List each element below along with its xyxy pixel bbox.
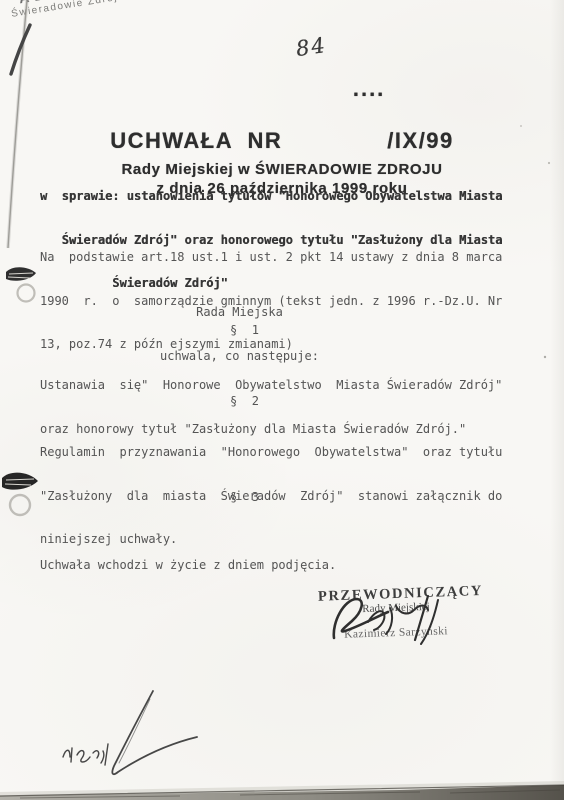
resolution-number-field: .... 84 [292,50,385,154]
ink-blob-streaks [5,479,34,485]
section-3-text: Uchwała wchodzi w życie z dniem podjęcia… [40,529,336,602]
legal-basis-line: Na podstawie art.18 ust.1 i ust. 2 pkt 1… [40,250,502,265]
signature-name: Kazimierz Sarzyński [318,624,474,641]
resolution-number-dots: .... [353,76,385,101]
section-1-heading: § 1 [12,323,477,338]
resolution-title-line: UCHWAŁA NR .... 84 /IX/99 [0,50,564,154]
section-1-line: Ustanawia się" Honorowe Obywatelstwo Mia… [40,378,502,393]
handwritten-resolution-number: 84 [294,33,328,61]
section-2-line: Regulamin przyznawania "Honorowego Obywa… [40,445,502,460]
bottom-scan-shadow [0,785,564,800]
resolution-number-suffix: /IX/99 [387,128,453,154]
bottom-scan-shadow-edge [0,785,564,796]
section-3-heading: § 3 [12,490,477,505]
scanned-resolution-page: ADA MIEJSKA Świeradowie Zdrój UCHWAŁA NR… [0,0,564,800]
initials-mark [63,691,197,774]
enacting-line1: Rada Miejska [7,305,472,320]
signature-block: PRZEWODNICZĄCY Rady Miejskiej Kazimierz … [318,586,474,639]
section-2-heading: § 2 [12,394,477,409]
bottom-scan-haze [0,781,564,797]
ink-blob [2,473,38,490]
section-3-line: Uchwała wchodzi w życie z dniem podjęcia… [40,558,336,573]
subject-line: w sprawie: ustanowienia tytułów "Honorow… [40,189,502,204]
corner-stamp: ADA MIEJSKA Świeradowie Zdrój [0,0,171,22]
bottom-scan-shadow-streaks [20,790,560,798]
scan-speck [544,356,546,358]
resolution-title-prefix: UCHWAŁA NR [110,128,290,154]
